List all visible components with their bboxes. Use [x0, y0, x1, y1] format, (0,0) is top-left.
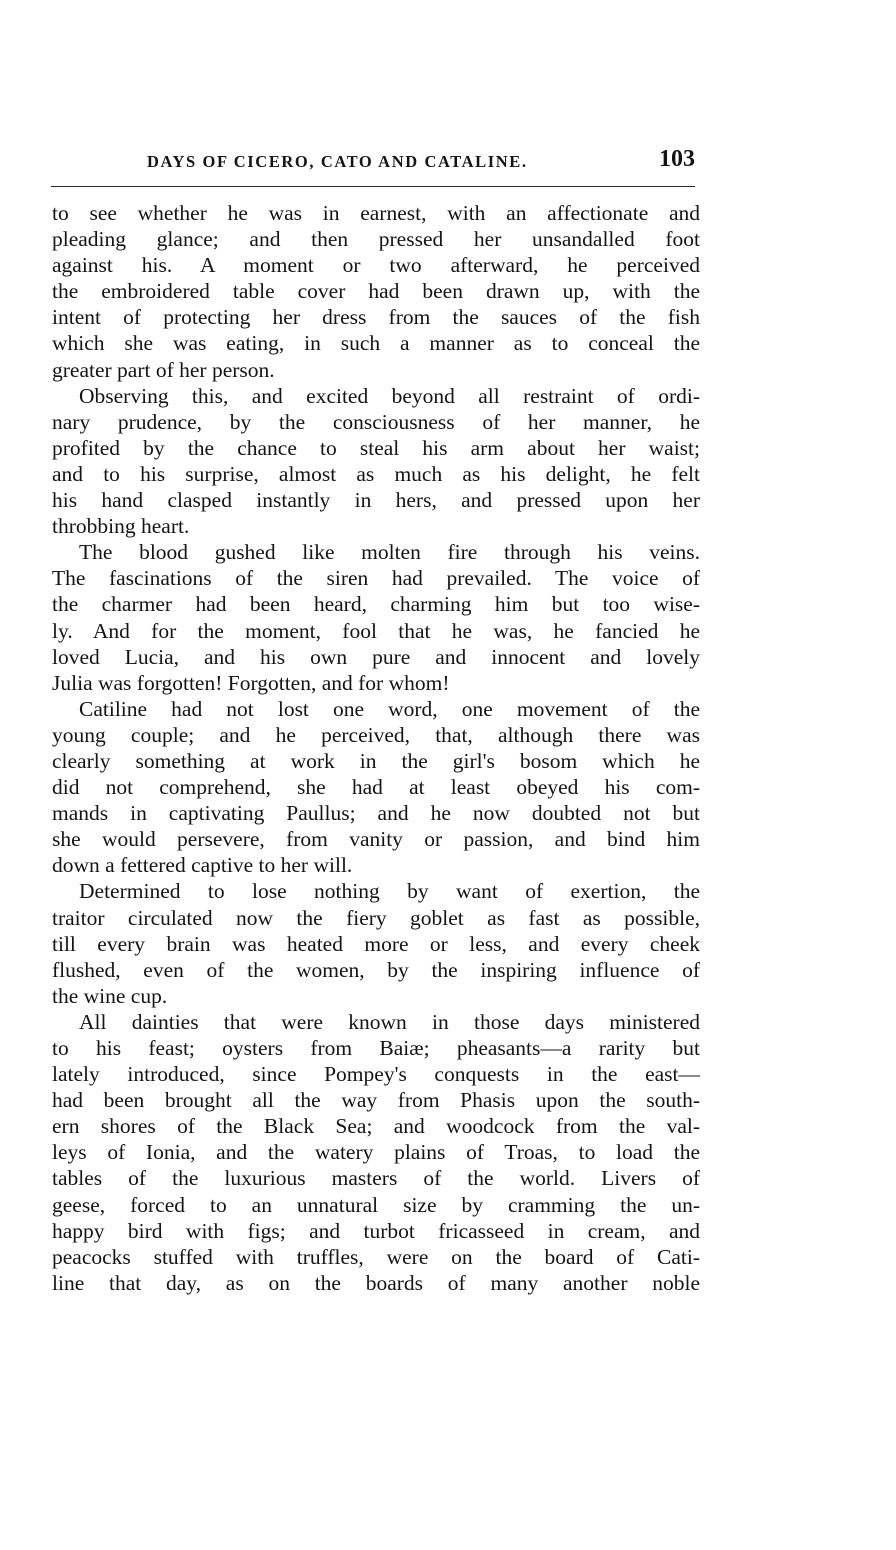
text-line: greater part of her person. — [52, 357, 700, 383]
text-line: Determined to lose nothing by want of ex… — [52, 878, 700, 904]
text-line: traitor circulated now the fiery goblet … — [52, 905, 700, 931]
text-line: The fascinations of the siren had prevai… — [52, 565, 700, 591]
text-line: tables of the luxurious masters of the w… — [52, 1165, 700, 1191]
text-line: which she was eating, in such a manner a… — [52, 330, 700, 356]
text-line: nary prudence, by the consciousness of h… — [52, 409, 700, 435]
text-line: Catiline had not lost one word, one move… — [52, 696, 700, 722]
header-rule — [51, 186, 695, 187]
text-line: to see whether he was in earnest, with a… — [52, 200, 700, 226]
text-line: down a fettered captive to her will. — [52, 852, 700, 878]
text-line: ern shores of the Black Sea; and woodcoc… — [52, 1113, 700, 1139]
text-line: the embroidered table cover had been dra… — [52, 278, 700, 304]
text-line: All dainties that were known in those da… — [52, 1009, 700, 1035]
paragraph: The blood gushed like molten fire throug… — [52, 539, 700, 696]
text-line: she would persevere, from vanity or pass… — [52, 826, 700, 852]
text-line: ly. And for the moment, fool that he was… — [52, 618, 700, 644]
paragraph: All dainties that were known in those da… — [52, 1009, 700, 1296]
running-head: Days of Cicero, Cato and Cataline. 103 — [51, 146, 695, 176]
page-number: 103 — [659, 146, 695, 173]
text-line: happy bird with figs; and turbot fricass… — [52, 1218, 700, 1244]
text-line: Observing this, and excited beyond all r… — [52, 383, 700, 409]
text-line: leys of Ionia, and the watery plains of … — [52, 1139, 700, 1165]
text-line: geese, forced to an unnatural size by cr… — [52, 1192, 700, 1218]
text-line: pleading glance; and then pressed her un… — [52, 226, 700, 252]
paragraph: to see whether he was in earnest, with a… — [52, 200, 700, 383]
paragraph: Observing this, and excited beyond all r… — [52, 383, 700, 540]
text-line: throbbing heart. — [52, 513, 700, 539]
text-line: young couple; and he perceived, that, al… — [52, 722, 700, 748]
text-line: profited by the chance to steal his arm … — [52, 435, 700, 461]
text-line: clearly something at work in the girl's … — [52, 748, 700, 774]
running-title: Days of Cicero, Cato and Cataline. — [147, 152, 528, 172]
text-line: lately introduced, since Pompey's conque… — [52, 1061, 700, 1087]
text-line: till every brain was heated more or less… — [52, 931, 700, 957]
text-line: peacocks stuffed with truffles, were on … — [52, 1244, 700, 1270]
text-line: had been brought all the way from Phasis… — [52, 1087, 700, 1113]
text-line: against his. A moment or two afterward, … — [52, 252, 700, 278]
text-line: his hand clasped instantly in hers, and … — [52, 487, 700, 513]
body-text: to see whether he was in earnest, with a… — [52, 200, 700, 1296]
text-line: the wine cup. — [52, 983, 700, 1009]
text-line: line that day, as on the boards of many … — [52, 1270, 700, 1296]
text-line: and to his surprise, almost as much as h… — [52, 461, 700, 487]
text-line: intent of protecting her dress from the … — [52, 304, 700, 330]
text-line: the charmer had been heard, charming him… — [52, 591, 700, 617]
text-line: did not comprehend, she had at least obe… — [52, 774, 700, 800]
text-line: loved Lucia, and his own pure and innoce… — [52, 644, 700, 670]
text-line: flushed, even of the women, by the inspi… — [52, 957, 700, 983]
book-page: Days of Cicero, Cato and Cataline. 103 t… — [0, 0, 896, 1550]
text-line: to his feast; oysters from Baiæ; pheasan… — [52, 1035, 700, 1061]
paragraph: Determined to lose nothing by want of ex… — [52, 878, 700, 1008]
paragraph: Catiline had not lost one word, one move… — [52, 696, 700, 879]
text-line: mands in captivating Paullus; and he now… — [52, 800, 700, 826]
text-line: Julia was forgotten! Forgotten, and for … — [52, 670, 700, 696]
text-line: The blood gushed like molten fire throug… — [52, 539, 700, 565]
